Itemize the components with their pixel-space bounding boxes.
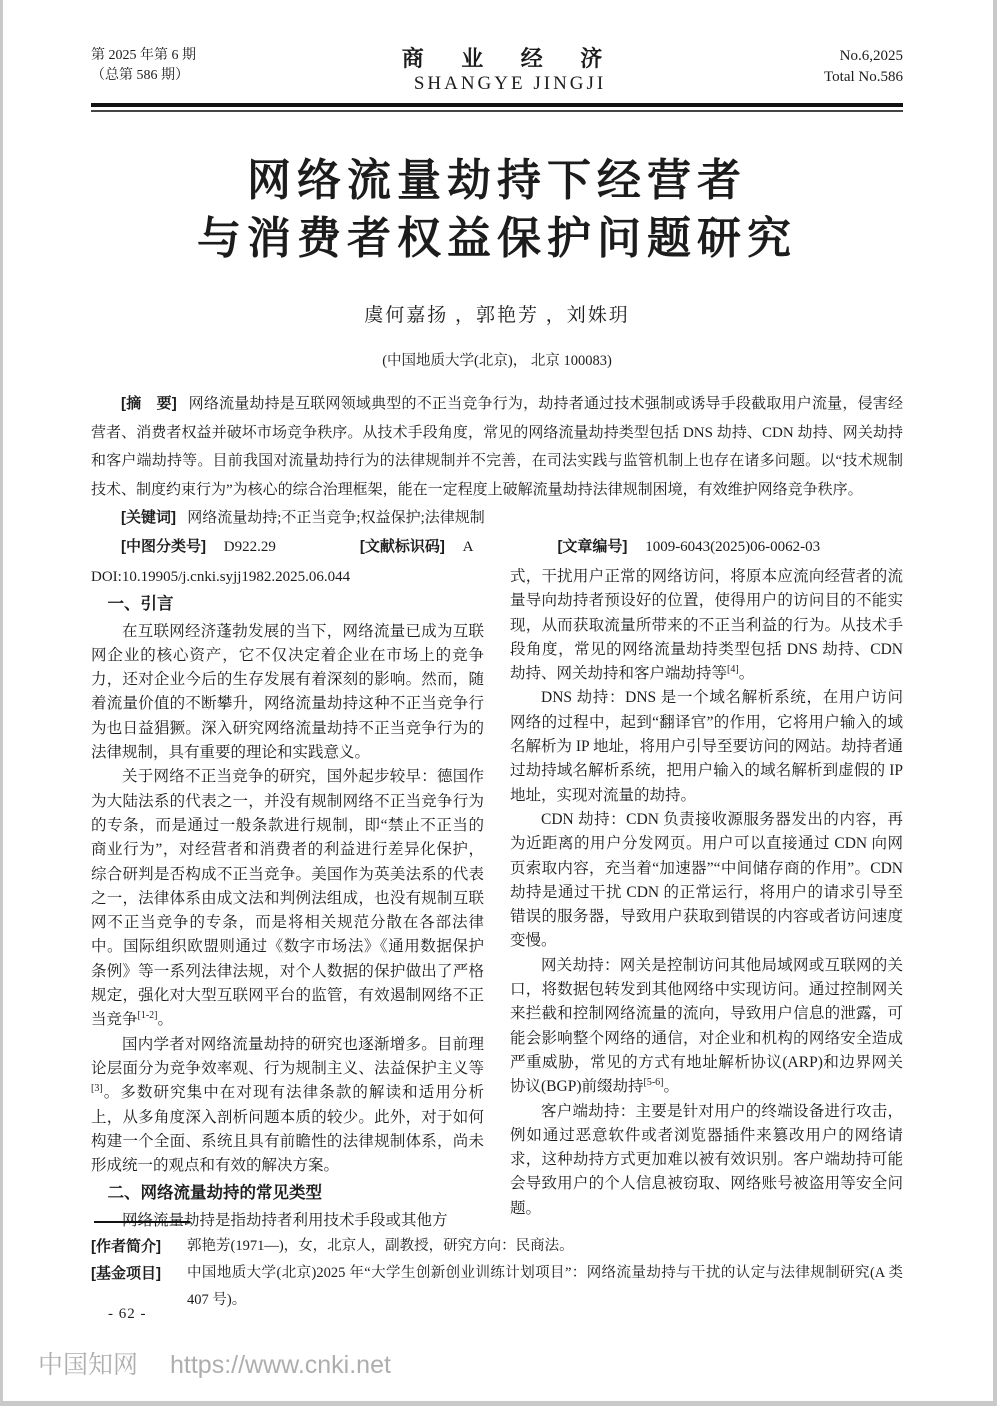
paragraph-text: 。	[739, 665, 755, 682]
cnki-site-name: 中国知网	[38, 1345, 138, 1381]
fund-project-text: 中国地质大学(北京)2025 年“大学生创新创业训练计划项目”：网络流量劫持与干…	[187, 1265, 903, 1308]
body-columns: DOI:10.19905/j.cnki.syjj1982.2025.06.044…	[91, 565, 903, 1233]
left-column: DOI:10.19905/j.cnki.syjj1982.2025.06.044…	[91, 565, 484, 1233]
issue-number-cn: 第 2025 年第 6 期	[91, 46, 196, 66]
citation-ref: [1-2]	[138, 1010, 158, 1021]
footnote-section: [作者简介] 郭艳芳(1971—)，女，北京人，副教授，研究方向：民商法。 [基…	[91, 1221, 903, 1314]
classification-row: [中图分类号] D922.29 [文献标识码] A [文章编号] 1009-60…	[91, 533, 903, 562]
paragraph: DNS 劫持：DNS 是一个域名解析系统，在用户访问网络的过程中，起到“翻译官”…	[510, 686, 903, 807]
article-title-line2: 与消费者权益保护问题研究	[197, 214, 797, 263]
section-heading-2: 二、网络流量劫持的常见类型	[91, 1181, 484, 1205]
journal-page: 第 2025 年第 6 期 （总第 586 期） 商 业 经 济 SHANGYE…	[0, 0, 997, 1406]
journal-name-pinyin: SHANGYE JINGJI	[402, 72, 619, 96]
right-column: 式，干扰用户正常的网络访问，将原本应流向经营者的流量导向劫持者预设好的位置，使得…	[510, 565, 903, 1233]
abstract-label: [摘 要]	[121, 395, 177, 412]
author-bio: [作者简介] 郭艳芳(1971—)，女，北京人，副教授，研究方向：民商法。	[91, 1233, 903, 1260]
footnote-list: [作者简介] 郭艳芳(1971—)，女，北京人，副教授，研究方向：民商法。 [基…	[91, 1233, 903, 1314]
authors: 虞何嘉扬 ，郭艳芳 ，刘姝玥	[91, 300, 903, 327]
citation-ref: [5-6]	[643, 1077, 663, 1088]
author-bio-label: [作者简介]	[91, 1233, 161, 1260]
journal-name-cn: 商 业 经 济	[402, 46, 619, 72]
paragraph-text: 。多数研究集中在对现有法律条款的解读和适用分析上，从多角度深入剖析问题本质的较少…	[91, 1084, 484, 1174]
keywords: [关键词] 网络流量劫持;不正当竞争;权益保护;法律规制	[91, 504, 903, 533]
citation-ref: [4]	[727, 664, 739, 675]
article-id-value: 1009-6043(2025)06-0062-03	[645, 539, 820, 555]
section-heading-1: 一、引言	[91, 592, 484, 616]
issue-total-en: Total No.586	[824, 67, 903, 88]
clc-label: [中图分类号]	[121, 538, 206, 555]
fund-project-label: [基金项目]	[91, 1260, 161, 1287]
affiliation: (中国地质大学(北京)， 北京 100083)	[91, 349, 903, 370]
article-id-pair: [文章编号] 1009-6043(2025)06-0062-03	[527, 533, 820, 562]
doc-code-value: A	[463, 539, 474, 555]
paragraph-text: 。	[663, 1078, 679, 1095]
journal-name: 商 业 经 济 SHANGYE JINGJI	[402, 46, 619, 96]
cnki-watermark: 中国知网 https://www.cnki.net	[38, 1345, 391, 1381]
citation-ref: [3]	[91, 1083, 103, 1094]
paragraph: 国内学者对网络流量劫持的研究也逐渐增多。目前理论层面分为竞争效率观、行为规制主义…	[91, 1033, 484, 1179]
doc-code-pair: [文献标识码] A	[330, 533, 474, 562]
article-title: 网络流量劫持下经营者 与消费者权益保护问题研究	[91, 152, 903, 268]
clc-value: D922.29	[224, 539, 276, 555]
paragraph: 客户端劫持：主要是针对用户的终端设备进行攻击，例如通过恶意软件或者浏览器插件来篡…	[510, 1100, 903, 1221]
paragraph: 关于网络不正当竞争的研究，国外起步较早：德国作为大陆法系的代表之一，并没有规制网…	[91, 765, 484, 1032]
paragraph: 式，干扰用户正常的网络访问，将原本应流向经营者的流量导向劫持者预设好的位置，使得…	[510, 565, 903, 686]
fund-project: [基金项目] 中国地质大学(北京)2025 年“大学生创新创业训练计划项目”：网…	[91, 1260, 903, 1314]
page-number: - 62 -	[108, 1306, 147, 1323]
doi: DOI:10.19905/j.cnki.syjj1982.2025.06.044	[91, 565, 484, 589]
paragraph-text: 。	[158, 1011, 174, 1028]
paragraph-text: 关于网络不正当竞争的研究，国外起步较早：德国作为大陆法系的代表之一，并没有规制网…	[91, 768, 484, 1028]
paragraph-text: 网关劫持：网关是控制访问其他局域网或互联网的关口，将数据包转发到其他网络中实现访…	[510, 957, 903, 1095]
clc-pair: [中图分类号] D922.29	[91, 533, 276, 562]
journal-header: 第 2025 年第 6 期 （总第 586 期） 商 业 经 济 SHANGYE…	[91, 46, 903, 96]
issue-info-en: No.6,2025 Total No.586	[824, 46, 903, 88]
author-bio-text: 郭艳芳(1971—)，女，北京人，副教授，研究方向：民商法。	[187, 1238, 574, 1254]
cnki-site-url: https://www.cnki.net	[170, 1351, 391, 1380]
issue-info-cn: 第 2025 年第 6 期 （总第 586 期）	[91, 46, 196, 86]
keywords-text: 网络流量劫持;不正当竞争;权益保护;法律规制	[187, 510, 485, 526]
paragraph: 在互联网经济蓬勃发展的当下，网络流量已成为互联网企业的核心资产，它不仅决定着企业…	[91, 620, 484, 766]
header-divider	[91, 103, 903, 112]
paragraph: 网关劫持：网关是控制访问其他局域网或互联网的关口，将数据包转发到其他网络中实现访…	[510, 954, 903, 1100]
issue-number-en: No.6,2025	[824, 46, 903, 67]
keywords-label: [关键词]	[121, 509, 176, 526]
issue-total-cn: （总第 586 期）	[91, 66, 196, 86]
paragraph-text: 式，干扰用户正常的网络访问，将原本应流向经营者的流量导向劫持者预设好的位置，使得…	[510, 568, 903, 682]
header-divider-thick-line	[91, 103, 903, 107]
article-title-line1: 网络流量劫持下经营者	[247, 156, 747, 205]
abstract-text: 网络流量劫持是互联网领域典型的不正当竞争行为，劫持者通过技术强制或诱导手段截取用…	[91, 396, 903, 498]
paragraph: CDN 劫持：CDN 负责接收源服务器发出的内容，再为近距离的用户分发网页。用户…	[510, 808, 903, 954]
article-id-label: [文章编号]	[557, 538, 627, 555]
abstract: [摘 要] 网络流量劫持是互联网领域典型的不正当竞争行为，劫持者通过技术强制或诱…	[91, 390, 903, 504]
doc-code-label: [文献标识码]	[360, 538, 445, 555]
article-meta: [摘 要] 网络流量劫持是互联网领域典型的不正当竞争行为，劫持者通过技术强制或诱…	[91, 390, 903, 561]
paragraph-text: 国内学者对网络流量劫持的研究也逐渐增多。目前理论层面分为竞争效率观、行为规制主义…	[91, 1036, 484, 1077]
footnote-divider	[94, 1221, 190, 1223]
header-divider-thin-line	[91, 110, 903, 112]
